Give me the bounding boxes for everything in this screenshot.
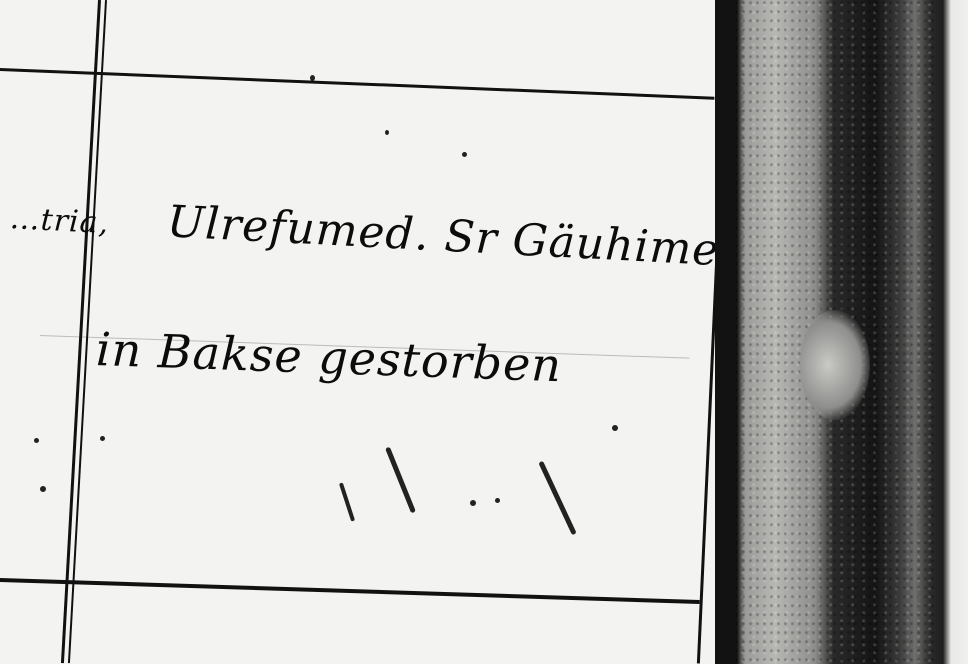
ink-streak	[538, 461, 576, 536]
ink-streak	[339, 482, 355, 521]
ink-speck	[34, 438, 39, 443]
binding-bulge	[800, 310, 870, 420]
ink-speck	[462, 152, 467, 157]
entry-text-line-1: Ulrefumed. Sr Gäuhime	[166, 196, 721, 276]
left-column-fragment: …tria,	[9, 201, 110, 241]
ink-speck	[385, 130, 389, 135]
ink-streak	[385, 447, 416, 514]
ink-speck	[40, 486, 46, 492]
ink-speck	[100, 436, 105, 441]
entry-text-line-2: in Bakse gestorben	[95, 322, 563, 392]
ink-speck	[612, 425, 618, 431]
handwritten-line-2: in Bakse gestorben	[95, 322, 563, 392]
document-page: …tria, Ulrefumed. Sr Gäuhime in Bakse ge…	[0, 0, 968, 664]
ink-speck	[470, 500, 476, 506]
ruled-line-bottom	[0, 578, 700, 604]
ink-speck	[310, 75, 315, 81]
column-divider-left	[61, 0, 101, 663]
ruled-line-top	[0, 68, 714, 100]
ink-speck	[495, 498, 500, 503]
handwritten-line-1: …tria, Ulrefumed. Sr Gäuhime	[9, 188, 721, 276]
